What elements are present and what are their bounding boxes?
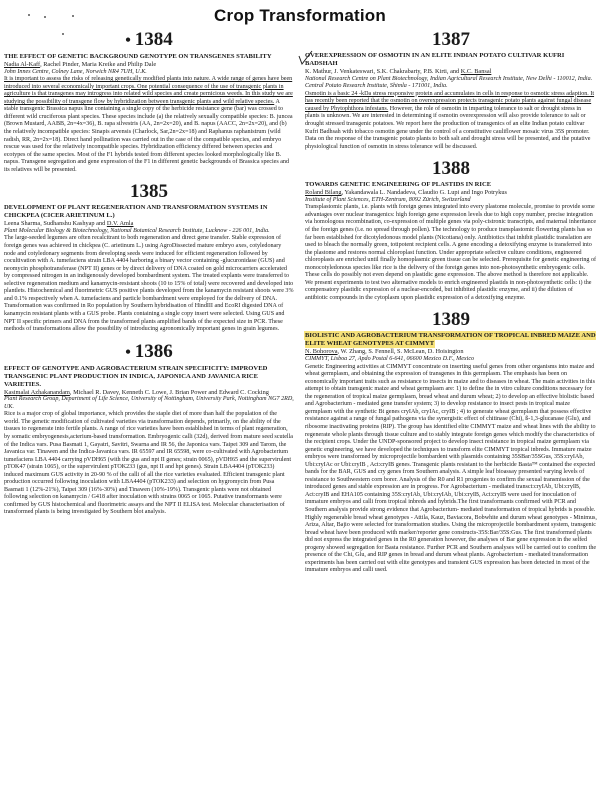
abstract-number: 1387	[305, 30, 597, 50]
lead-author: Roland Bilang	[305, 189, 342, 196]
right-column: 1387 OVEREXPRESSION OF OSMOTIN IN AN ELI…	[305, 30, 597, 575]
scan-speck	[28, 14, 30, 16]
abstract-body: Transplastomic plants, i.e. plants with …	[305, 204, 597, 302]
abstract-number: •1384	[4, 30, 294, 51]
abstract-authors: Roland Bilang, Yakandawala L. Nandadeva,…	[305, 189, 597, 197]
abstract-authors: N. Bohorova, W. Zhang, S. Fennell, S. Mc…	[305, 348, 597, 356]
abstract-number: 1389	[305, 310, 597, 330]
presenting-author: K.C. Bansal	[461, 68, 492, 75]
abstract-affiliation: CIMMYT, Lisboa 27, Apdo Postal 6-641, 06…	[305, 356, 597, 364]
scan-speck	[44, 16, 46, 18]
abstract-body: Osmotin is a basic 24 -kDa stress respon…	[305, 91, 597, 151]
abstract-authors: K. Mathur, J. Venkateswari, S.K. Chakrab…	[305, 68, 597, 76]
abstract-title: THE EFFECT OF GENETIC BACKGROUND GENOTYP…	[4, 53, 294, 61]
abstract-title: TOWARDS GENETIC ENGINEERING OF PLASTIDS …	[305, 181, 597, 189]
abstract-title: OVEREXPRESSION OF OSMOTIN IN AN ELITE IN…	[305, 52, 597, 68]
lead-author: N. Bohorova	[305, 348, 338, 355]
abstract-body: Genetic Engineering activities at CIMMYT…	[305, 364, 597, 575]
abstract-title: EFFECT OF GENOTYPE AND AGROBACTERIUM STR…	[4, 365, 294, 389]
left-column: •1384 THE EFFECT OF GENETIC BACKGROUND G…	[4, 30, 294, 517]
abstract-title: DEVELOPMENT OF PLANT REGENERATION AND TR…	[4, 204, 294, 220]
abstract-1384: •1384 THE EFFECT OF GENETIC BACKGROUND G…	[4, 30, 294, 174]
bullet-mark: •	[125, 344, 131, 361]
lead-author: Nadia Al-Kaff	[4, 61, 40, 68]
abstract-1385: 1385 DEVELOPMENT OF PLANT REGENERATION A…	[4, 182, 294, 333]
presenting-author: D.V. Amla	[107, 220, 134, 227]
abstract-body: The large-seeded legumes are often recal…	[4, 235, 294, 333]
abstract-1389: 1389 BIOLISTIC AND AGROBACTERIUM TRANSFO…	[305, 310, 597, 575]
abstract-body: Rice is a major crop of global importanc…	[4, 411, 294, 517]
abstract-number: 1385	[4, 182, 294, 202]
bullet-mark: •	[125, 32, 131, 49]
abstract-1386: •1386 EFFECT OF GENOTYPE AND AGROBACTERI…	[4, 342, 294, 517]
highlighted-abstract-title: BIOLISTIC AND AGROBACTERIUM TRANSFORMATI…	[305, 332, 596, 347]
abstract-authors: Nadia Al-Kaff, Rachel Pinder, Maria Krei…	[4, 61, 294, 69]
abstract-body: It is important to assess the risks of r…	[4, 76, 294, 174]
abstract-affiliation: Plant Research Group, Department of Life…	[4, 396, 294, 411]
abstract-number: 1388	[305, 159, 597, 179]
abstract-1388: 1388 TOWARDS GENETIC ENGINEERING OF PLAS…	[305, 159, 597, 302]
abstract-1387: 1387 OVEREXPRESSION OF OSMOTIN IN AN ELI…	[305, 30, 597, 151]
abstract-authors: Leena Sharma, Sudhanshu Kashyap and D.V.…	[4, 220, 294, 228]
abstract-affiliation: National Research Centre on Plant Biotec…	[305, 76, 597, 91]
abstract-number: •1386	[4, 342, 294, 363]
scan-speck	[72, 15, 74, 17]
page-title: Crop Transformation	[0, 6, 600, 26]
lead-author: Kasimalai Azhakanandam	[4, 389, 70, 396]
